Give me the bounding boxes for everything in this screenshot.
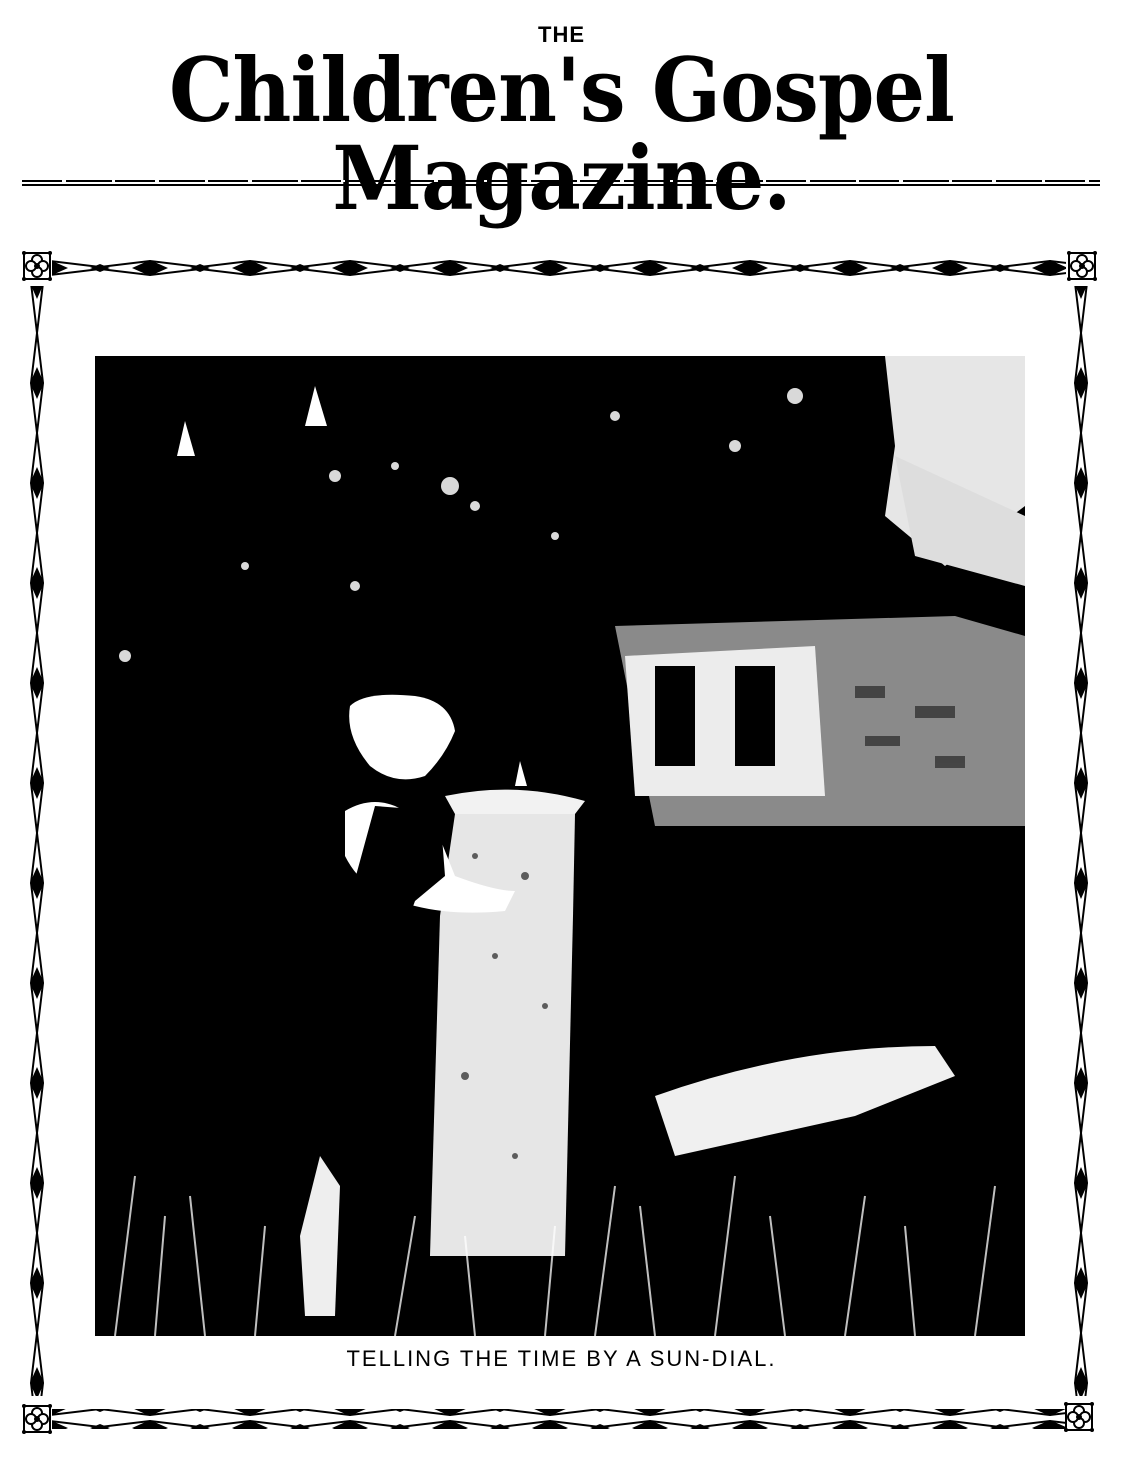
rosette-icon: [1064, 1402, 1094, 1432]
frame-top: [52, 258, 1066, 278]
frame-bottom: [52, 1409, 1066, 1429]
photo-caption: TELLING THE TIME BY A SUN-DIAL.: [0, 1346, 1123, 1372]
rosette-icon: [1067, 251, 1097, 281]
frame-right: [1072, 286, 1090, 1396]
frame-left: [28, 286, 46, 1396]
rosette-icon: [22, 251, 52, 281]
photo-scene: [95, 356, 1025, 1336]
rosette-icon: [22, 1404, 52, 1434]
photograph: [95, 356, 1025, 1336]
